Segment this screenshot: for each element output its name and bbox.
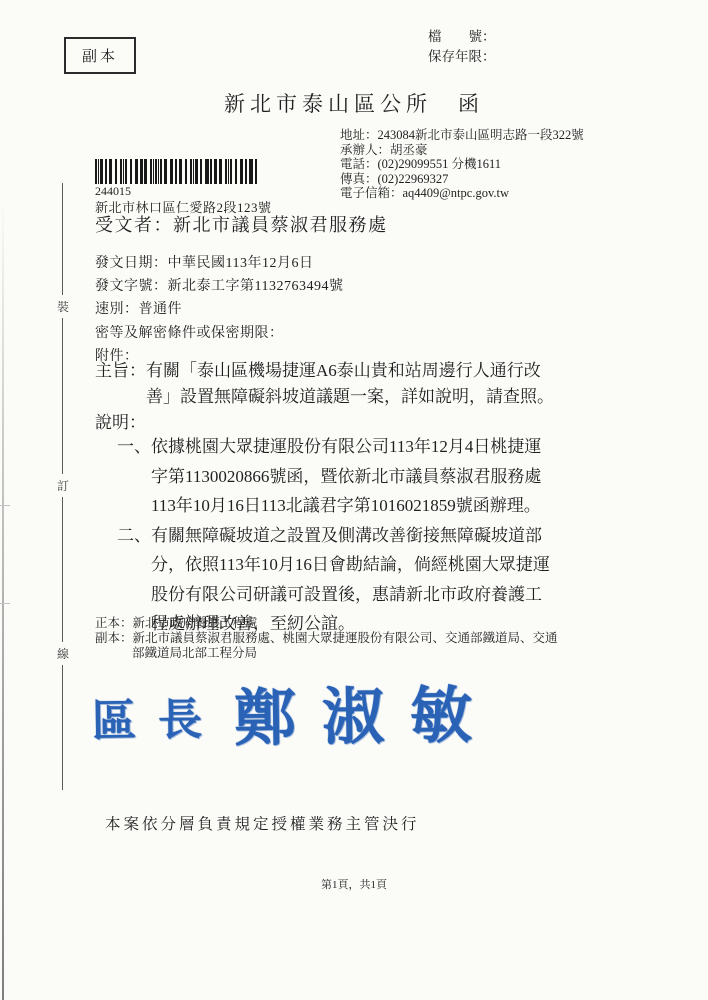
distribution-block: 正本：新北市政府養護工程處 副本：新北市議員蔡淑君服務處、桃園大眾捷運股份有限公… <box>95 616 562 662</box>
retention-label: 保存年限： <box>428 47 496 67</box>
distribution-original: 正本：新北市政府養護工程處 <box>95 616 562 631</box>
file-number-label: 檔 號： <box>428 27 496 47</box>
distribution-copies: 副本：新北市議員蔡淑君服務處、桃園大眾捷運股份有限公司、交通部鐵道局、交通部鐵道… <box>95 631 562 661</box>
doc-number: 發文字號：新北泰工字第1132763494號 <box>95 275 343 298</box>
sender-contact-block: 地址：243084新北市泰山區明志路一段322號 承辦人：胡丞豪 電話：(02)… <box>340 128 584 201</box>
delegation-note: 本案依分層負責規定授權業務主管決行 <box>105 812 420 834</box>
document-title: 新北市泰山區公所 函 <box>0 88 708 118</box>
description-item-1: 一、依據桃園大眾捷運股份有限公司113年12月4日桃捷運字第1130020866… <box>117 432 551 521</box>
copy-stamp: 副本 <box>64 37 136 74</box>
signature-name: 鄭淑敏 <box>234 682 499 754</box>
sender-fax: 傳真：(02)22969327 <box>340 172 584 187</box>
item-text: 依據桃園大眾捷運股份有限公司113年12月4日桃捷運字第1130020866號函… <box>151 437 541 515</box>
fold-mark <box>0 603 10 604</box>
security-class: 密等及解密條件或保密期限： <box>95 322 343 345</box>
file-number-block: 檔 號： 保存年限： <box>428 27 496 67</box>
sender-email: 電子信箱：aq4409@ntpc.gov.tw <box>340 186 584 201</box>
description-items: 一、依據桃園大眾捷運股份有限公司113年12月4日桃捷運字第1130020866… <box>117 432 551 639</box>
description-label: 說明： <box>95 408 146 433</box>
sender-address: 地址：243084新北市泰山區明志路一段322號 <box>340 128 584 143</box>
issue-date: 發文日期：中華民國113年12月6日 <box>95 252 343 275</box>
signature-title: 區長 <box>92 695 225 746</box>
page-info: 第1頁，共1頁 <box>0 876 708 892</box>
meta-block: 發文日期：中華民國113年12月6日 發文字號：新北泰工字第1132763494… <box>95 252 343 368</box>
binding-char-xian: 線 <box>55 642 71 665</box>
binding-char-ding: 訂 <box>55 474 71 497</box>
subject-label: 主旨： <box>95 361 146 380</box>
item-number: 二、 <box>117 526 151 545</box>
recipient-line: 受文者：新北市議員蔡淑君服務處 <box>95 211 388 237</box>
fold-mark <box>0 505 10 506</box>
subject-block: 主旨：有關「泰山區機場捷運A6泰山貴和站周邊行人通行改善」設置無障礙斜坡道議題一… <box>95 358 562 409</box>
sender-phone: 電話：(02)29099551 分機1611 <box>340 157 584 172</box>
barcode <box>95 159 257 184</box>
sender-contact-person: 承辦人：胡丞豪 <box>340 143 584 158</box>
binding-char-zhuang: 裝 <box>55 295 71 318</box>
mayor-signature-stamp: 區長鄭淑敏 <box>91 665 498 760</box>
scanned-official-letter: { "header": { "copy_stamp": "副本", "file_… <box>0 0 708 1000</box>
subject-text: 有關「泰山區機場捷運A6泰山貴和站周邊行人通行改善」設置無障礙斜坡道議題一案，詳… <box>146 361 554 406</box>
item-number: 一、 <box>117 437 151 456</box>
speed-class: 速別：普通件 <box>95 298 343 321</box>
